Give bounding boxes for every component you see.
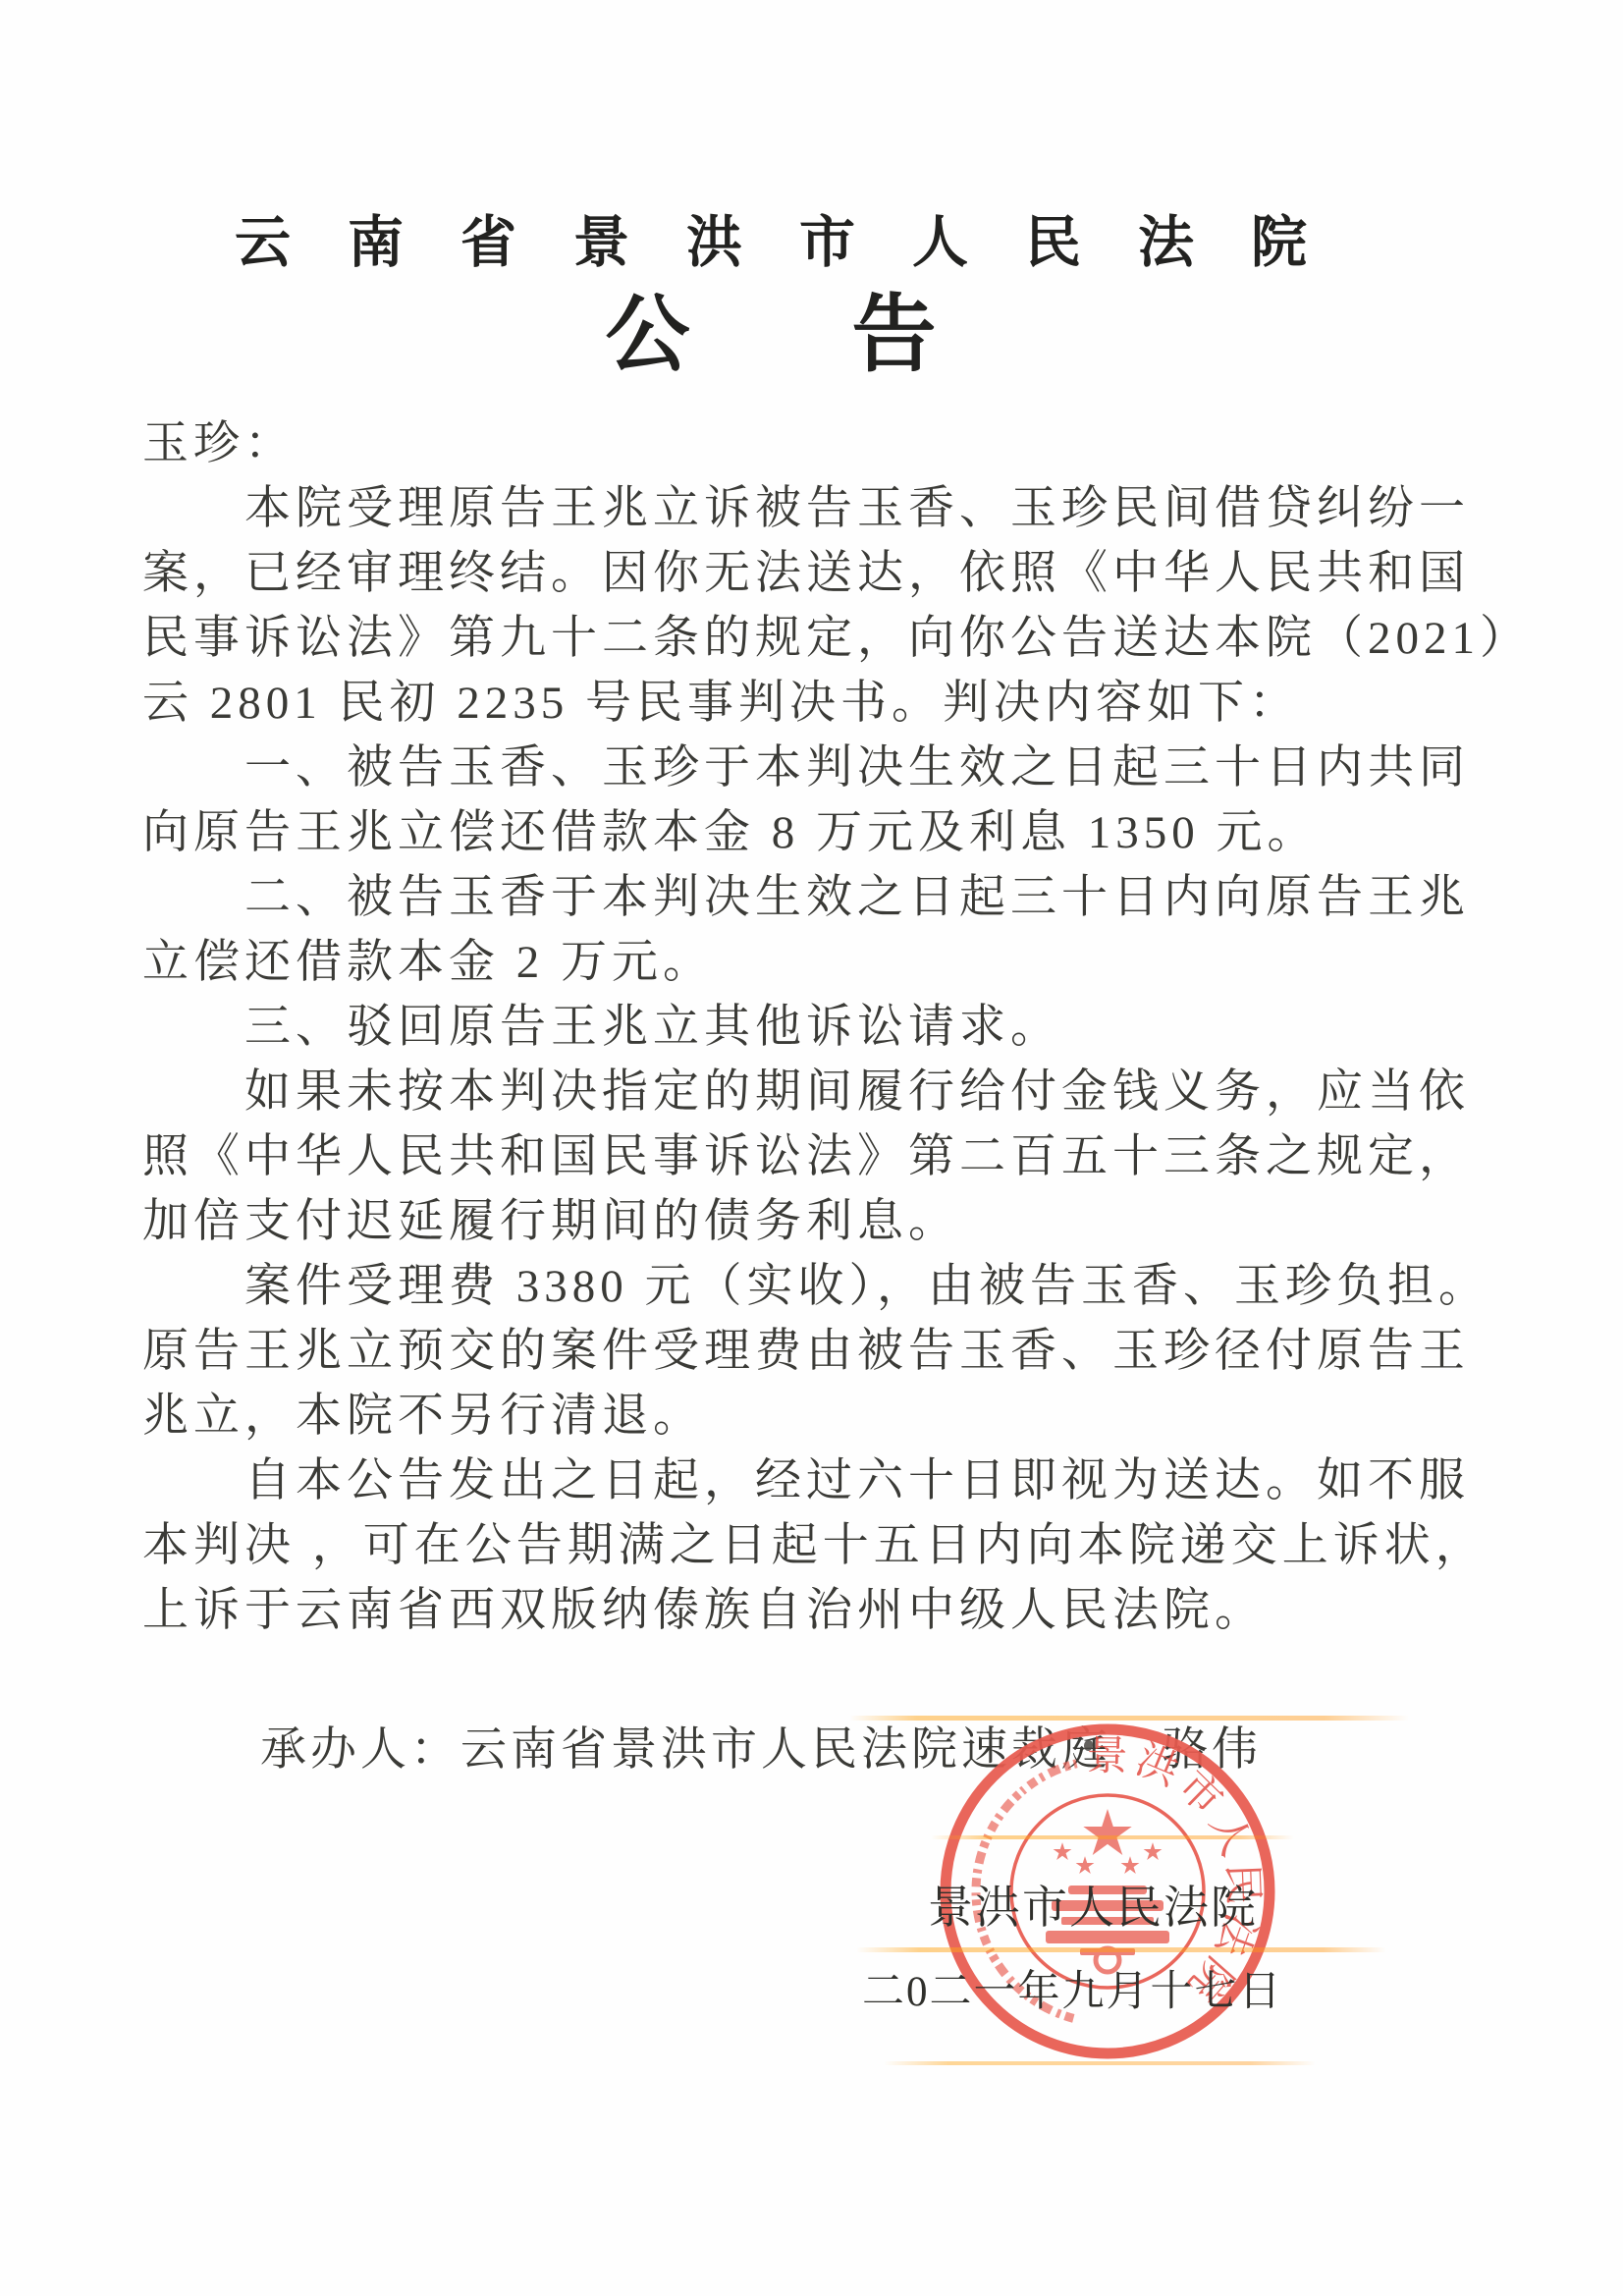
salutation: 玉珍： (142, 411, 1507, 476)
body-line: 案，已经审理终结。因你无法送达，依照《中华人民共和国 (142, 541, 1507, 606)
doc-title: 公告 (98, 287, 1443, 383)
body-line: 二、被告玉香于本判决生效之日起三十日内向原告王兆 (142, 865, 1507, 930)
court-title: 云南省景洪市人民法院 (98, 208, 1443, 277)
body-line: 自本公告发出之日起，经过六十日即视为送达。如不服 (142, 1449, 1507, 1513)
body-line: 一、被告玉香、玉珍于本判决生效之日起三十日内共同 (142, 736, 1507, 800)
body-line: 立偿还借款本金 2 万元。 (142, 930, 1507, 995)
document-page: 云南省景洪市人民法院 公告 玉珍： 本院受理原告王兆立诉被告玉香、玉珍民间借贷纠… (0, 0, 1623, 2296)
body-text: 玉珍： 本院受理原告王兆立诉被告玉香、玉珍民间借贷纠纷一 案，已经审理终结。因你… (142, 411, 1507, 1643)
body-line: 云 2801 民初 2235 号民事判决书。判决内容如下： (142, 671, 1507, 736)
body-line: 本院受理原告王兆立诉被告玉香、玉珍民间借贷纠纷一 (142, 476, 1507, 541)
signature-court-name: 景洪市人民法院 (928, 1872, 1258, 1937)
body-line: 如果未按本判决指定的期间履行给付金钱义务，应当依 (142, 1060, 1507, 1124)
body-line: 照《中华人民共和国民事诉讼法》第二百五十三条之规定， (142, 1124, 1507, 1189)
body-line: 兆立，本院不另行清退。 (142, 1384, 1507, 1449)
body-line: 加倍支付迟延履行期间的债务利息。 (142, 1189, 1507, 1254)
body-line: 向原告王兆立偿还借款本金 8 万元及利息 1350 元。 (142, 800, 1507, 865)
body-line: 原告王兆立预交的案件受理费由被告玉香、玉珍径付原告王 (142, 1319, 1507, 1384)
signature-date: 二0二一年九月十七日 (862, 1958, 1283, 2018)
body-line: 本判决 ，可在公告期满之日起十五日内向本院递交上诉状， (142, 1513, 1507, 1578)
body-line: 案件受理费 3380 元（实收），由被告玉香、玉珍负担。 (142, 1254, 1507, 1319)
body-line: 民事诉讼法》第九十二条的规定，向你公告送达本院（2021） (142, 606, 1507, 671)
body-line: 上诉于云南省西双版纳傣族自治州中级人民法院。 (142, 1578, 1507, 1643)
body-line: 三、驳回原告王兆立其他诉讼请求。 (142, 995, 1507, 1060)
